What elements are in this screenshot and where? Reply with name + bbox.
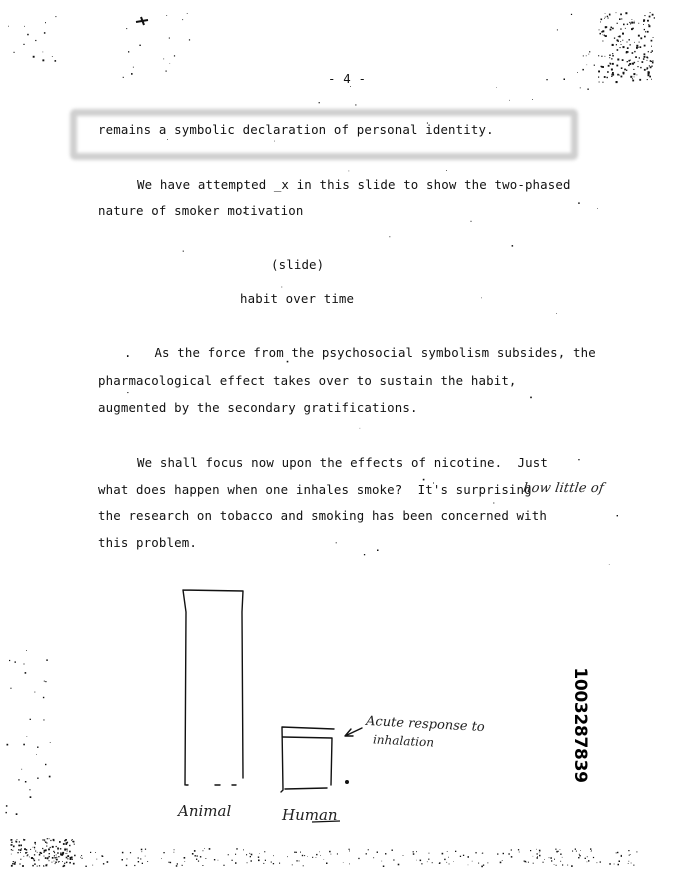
animal-bar	[183, 590, 243, 785]
page-number: - 4 -	[328, 72, 366, 86]
paragraph-3-line-1: We shall focus now upon the effects of n…	[137, 456, 548, 470]
bates-number-text: 1003287839	[570, 667, 590, 782]
bates-number: 1003287839	[570, 660, 590, 790]
handwritten-insert: how little of	[522, 482, 605, 496]
label-human: Human	[282, 806, 338, 824]
annotation-line-2: inhalation	[373, 732, 435, 749]
paragraph-2-line-2: pharmacological effect takes over to sus…	[98, 374, 517, 388]
paragraph-3-line-4: this problem.	[98, 536, 197, 550]
paragraph-2-line-3: augmented by the secondary gratification…	[98, 401, 418, 415]
paragraph-1-line-1: We have attempted ̲x in this slide to sh…	[137, 178, 571, 192]
paragraph-1-line-2: nature of smoker motivation	[98, 204, 303, 218]
arrow-icon	[345, 728, 362, 736]
slide-marker: (slide)	[271, 258, 324, 272]
highlighted-line: remains a symbolic declaration of person…	[98, 123, 494, 137]
paragraph-3-line-2: what does happen when one inhales smoke?…	[98, 483, 532, 497]
paragraph-3-line-3: the research on tobacco and smoking has …	[98, 509, 547, 523]
label-animal: Animal	[178, 802, 231, 820]
human-bar	[281, 727, 334, 792]
paragraph-2-line-1: . As the force from the psychosocial sym…	[124, 346, 596, 360]
document-page: - 4 - remains a symbolic declaration of …	[0, 0, 675, 869]
slide-caption: habit over time	[240, 292, 354, 306]
